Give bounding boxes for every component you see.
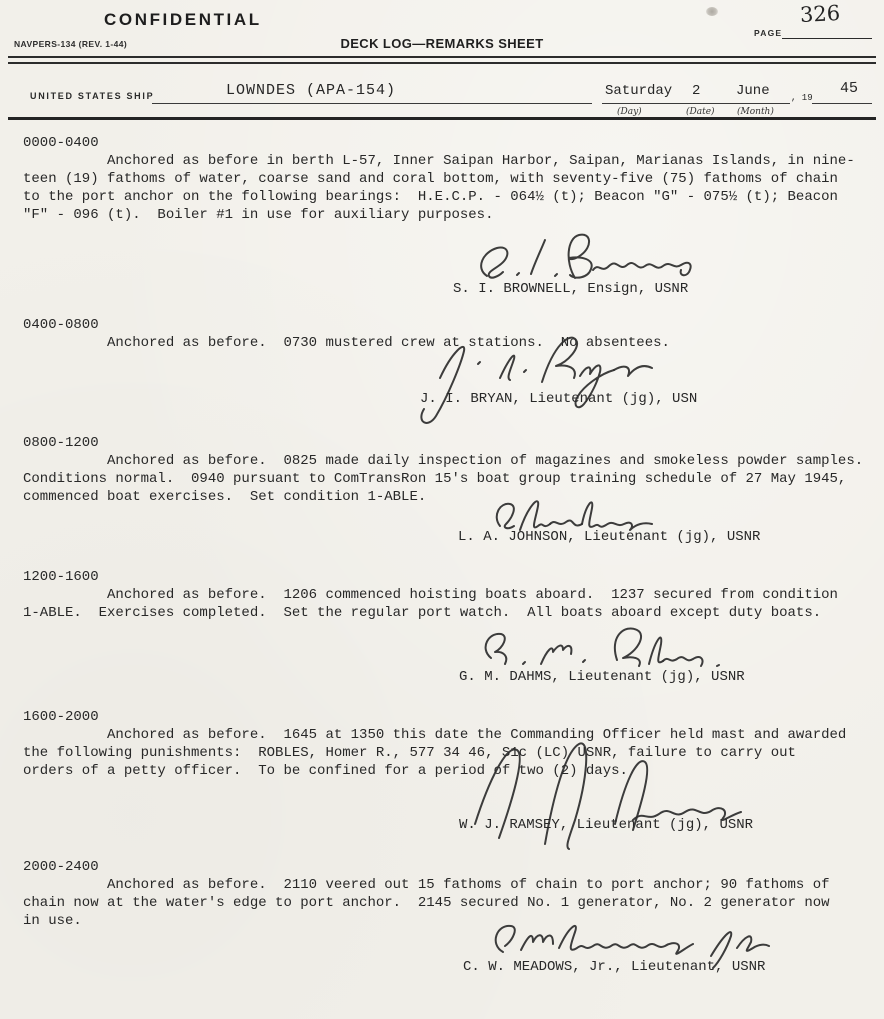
entry-time-range: 0400-0800 — [23, 316, 863, 334]
entry-text-line: to the port anchor on the following bear… — [23, 188, 863, 206]
log-entry-0000-0400: 0000-0400 Anchored as before in berth L-… — [23, 134, 863, 298]
entry-text-line: Anchored as before. 0825 made daily insp… — [23, 452, 863, 470]
date-month: June — [736, 83, 770, 99]
entry-time-range: 1200-1600 — [23, 568, 863, 586]
classification-stamp: CONFIDENTIAL — [104, 10, 262, 30]
log-entry-2000-2400: 2000-2400 Anchored as before. 2110 veere… — [23, 858, 863, 976]
entry-text-line: orders of a petty officer. To be confine… — [23, 762, 863, 780]
ink-smudge — [706, 7, 718, 16]
entry-text-line: "F" - 096 (t). Boiler #1 in use for auxi… — [23, 206, 863, 224]
caption-date: (Date) — [686, 107, 715, 117]
signature-typed-name: G. M. DAHMS, Lieutenant (jg), USNR — [459, 668, 863, 686]
entry-text-line: commenced boat exercises. Set condition … — [23, 488, 863, 506]
ship-name: LOWNDES (APA-154) — [226, 82, 396, 99]
page-number-handwritten: 326 — [799, 1, 840, 27]
entry-time-range: 1600-2000 — [23, 708, 863, 726]
date-day: Saturday — [605, 83, 672, 99]
entry-time-range: 0000-0400 — [23, 134, 863, 152]
signature-script — [471, 228, 697, 288]
deck-log-remarks-sheet: CONFIDENTIAL PAGE 326 NAVPERS-134 (REV. … — [0, 0, 884, 1019]
signature-typed-name: J. I. BRYAN, Lieutenant (jg), USN — [420, 390, 863, 408]
log-entry-1200-1600: 1200-1600 Anchored as before. 1206 comme… — [23, 568, 863, 686]
entry-text-line: the following punishments: ROBLES, Homer… — [23, 744, 863, 762]
log-entry-1600-2000: 1600-2000 Anchored as before. 1645 at 13… — [23, 708, 863, 834]
signature-block: J. I. BRYAN, Lieutenant (jg), USN — [420, 390, 863, 408]
ship-label: UNITED STATES SHIP — [30, 91, 154, 101]
date-number: 2 — [692, 83, 700, 99]
log-entry-0800-1200: 0800-1200 Anchored as before. 0825 made … — [23, 434, 863, 546]
entry-text-line: Anchored as before. 2110 veered out 15 f… — [23, 876, 863, 894]
signature-typed-name: L. A. JOHNSON, Lieutenant (jg), USNR — [458, 528, 863, 546]
entry-time-range: 0800-1200 — [23, 434, 863, 452]
date-underline — [602, 103, 790, 104]
signature-block: W. J. RAMSEY, Lieutenant (jg), USNR — [459, 816, 863, 834]
signature-typed-name: C. W. MEADOWS, Jr., Lieutenant, USNR — [463, 958, 863, 976]
form-header: CONFIDENTIAL PAGE 326 NAVPERS-134 (REV. … — [0, 0, 884, 132]
entry-text-line: Anchored as before in berth L-57, Inner … — [23, 152, 863, 170]
signature-block: S. I. BROWNELL, Ensign, USNR — [453, 280, 863, 298]
entry-text-line: Anchored as before. 1645 at 1350 this da… — [23, 726, 863, 744]
entry-text-line: in use. — [23, 912, 863, 930]
header-thick-rule — [8, 117, 876, 120]
entry-text-line: 1-ABLE. Exercises completed. Set the reg… — [23, 604, 863, 622]
header-double-rule — [8, 56, 876, 64]
caption-month: (Month) — [737, 107, 774, 117]
year-prefix: , 19 — [791, 93, 813, 103]
entry-text-line: Anchored as before. 0730 mustered crew a… — [23, 334, 863, 352]
year-underline — [812, 103, 872, 104]
signature-typed-name: W. J. RAMSEY, Lieutenant (jg), USNR — [459, 816, 863, 834]
signature-typed-name: S. I. BROWNELL, Ensign, USNR — [453, 280, 863, 298]
entry-text-line: chain now at the water's edge to port an… — [23, 894, 863, 912]
signature-block: G. M. DAHMS, Lieutenant (jg), USNR — [459, 668, 863, 686]
caption-day: (Day) — [617, 107, 642, 117]
signature-block: L. A. JOHNSON, Lieutenant (jg), USNR — [458, 528, 863, 546]
entry-text-line: teen (19) fathoms of water, coarse sand … — [23, 170, 863, 188]
entry-text-line: Anchored as before. 1206 commenced hoist… — [23, 586, 863, 604]
log-entries: 0000-0400 Anchored as before in berth L-… — [23, 134, 863, 976]
entry-text-line: Conditions normal. 0940 pursuant to ComT… — [23, 470, 863, 488]
signature-block: C. W. MEADOWS, Jr., Lieutenant, USNR — [463, 958, 863, 976]
ship-name-underline — [152, 103, 592, 104]
year-value: 45 — [840, 80, 859, 98]
sheet-title: DECK LOG—REMARKS SHEET — [0, 36, 884, 51]
entry-time-range: 2000-2400 — [23, 858, 863, 876]
log-entry-0400-0800: 0400-0800 Anchored as before. 0730 muste… — [23, 316, 863, 408]
